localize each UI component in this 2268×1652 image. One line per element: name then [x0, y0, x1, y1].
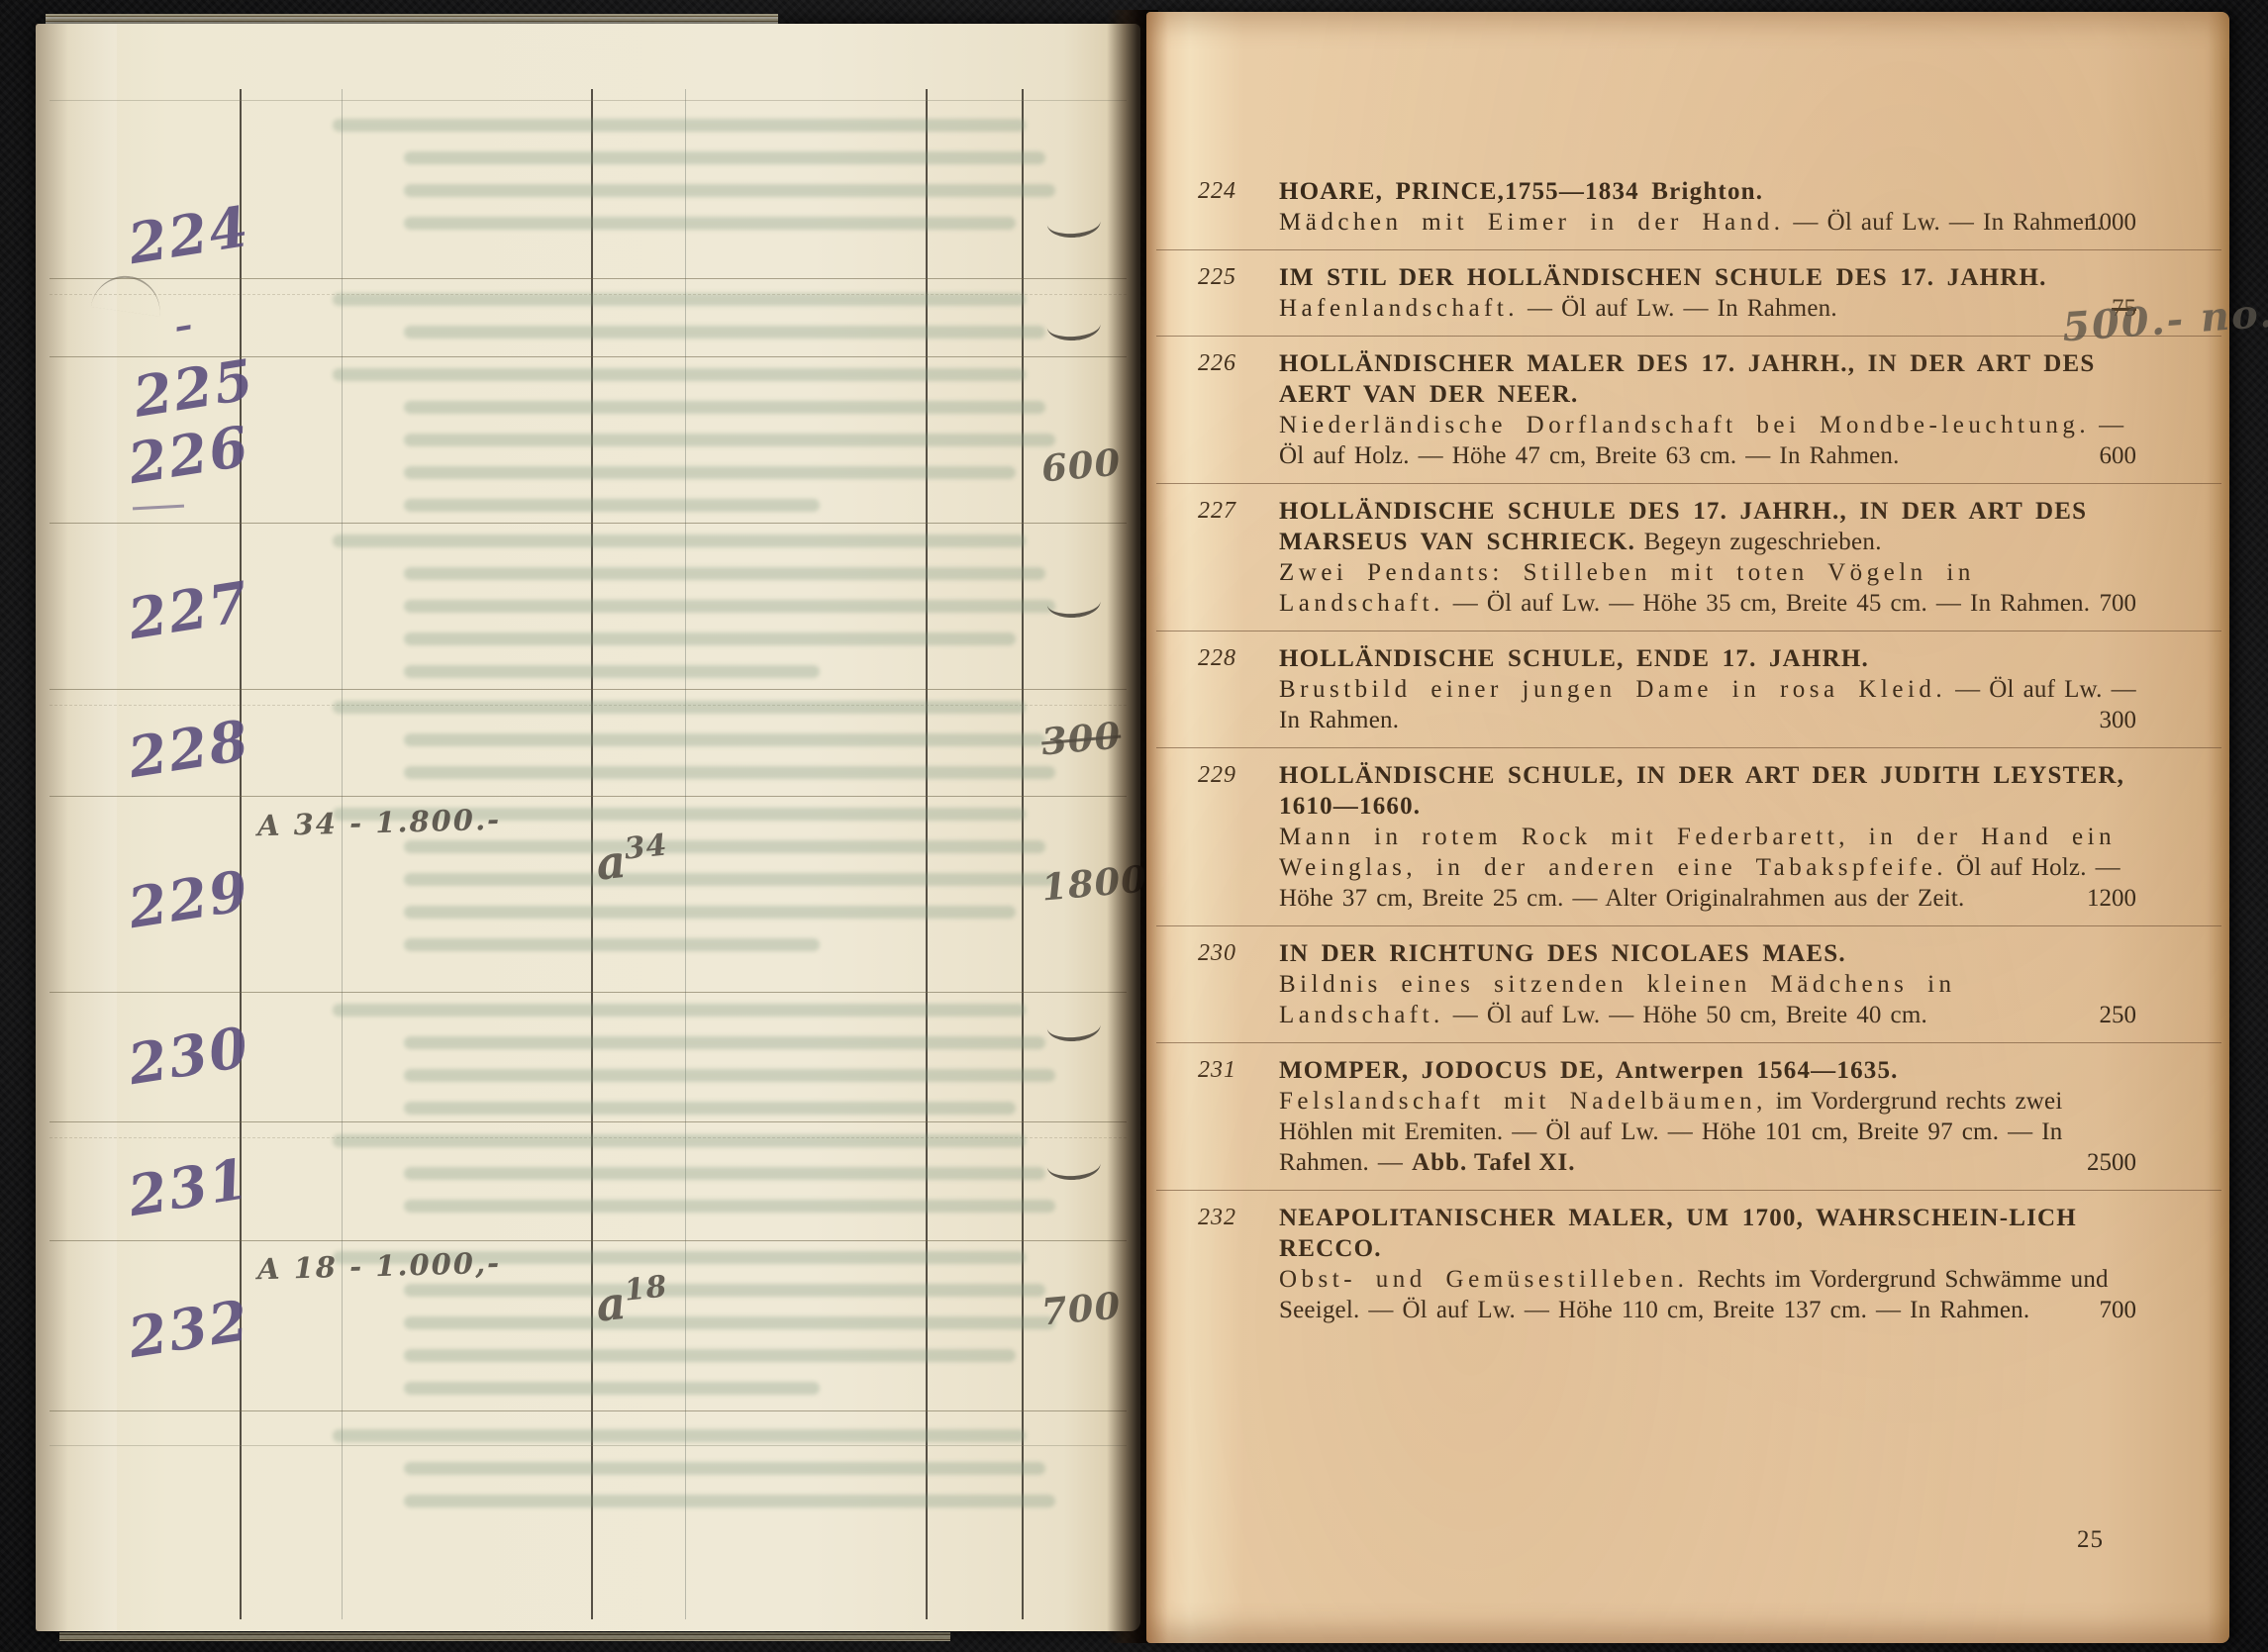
ledger-row-rule [49, 689, 1127, 690]
show-through-line [404, 401, 1045, 414]
show-through-line [404, 217, 1016, 230]
catalogue-lot: 231MOMPER, JODOCUS DE, Antwerpen 1564—16… [1146, 1055, 2229, 1178]
show-through-line [333, 119, 1026, 132]
handwritten-lot-number: 229 [111, 856, 267, 944]
price-dash-mark [1046, 1020, 1101, 1043]
lot-description: Mann in rotem Rock mit Federbarett, in d… [1279, 822, 2136, 914]
lot-heading: HOLLÄNDISCHE SCHULE DES 17. JAHRH., IN D… [1279, 496, 2136, 557]
lot-number: 225 [1198, 262, 1267, 293]
show-through-line [333, 701, 1026, 714]
show-through-line [404, 1036, 1045, 1049]
estimate-price: 300 [2100, 705, 2137, 735]
ledger-row-rule [49, 1121, 1127, 1122]
lot-description: Brustbild einer jungen Dame in rosa Klei… [1279, 674, 2136, 735]
show-through-line [404, 1284, 1045, 1297]
catalogue-lot: 226HOLLÄNDISCHER MALER DES 17. JAHRH., I… [1146, 348, 2229, 471]
lot-heading: HOLLÄNDISCHE SCHULE, ENDE 17. JAHRH. [1279, 643, 2136, 674]
show-through-line [404, 184, 1055, 197]
show-through-line [404, 840, 1045, 853]
handwritten-lot-number: 224 [111, 192, 267, 280]
lot-separator-rule [1156, 336, 2221, 337]
ledger-row-rule [49, 796, 1127, 797]
lot-description: Niederländische Dorflandschaft bei Mondb… [1279, 410, 2136, 471]
lot-description: Zwei Pendants: Stilleben mit toten Vögel… [1279, 557, 2136, 619]
lot-number: 232 [1198, 1203, 1267, 1233]
pencil-underline [133, 505, 184, 511]
show-through-line [404, 499, 820, 512]
ledger-row-rule [49, 278, 1127, 279]
show-through-line [404, 1316, 1055, 1329]
lot-number: 228 [1198, 643, 1267, 674]
catalogue-lot: 232NEAPOLITANISCHER MALER, UM 1700, WAHR… [1146, 1203, 2229, 1325]
lot-heading: IM STIL DER HOLLÄNDISCHEN SCHULE DES 17.… [1279, 262, 2136, 293]
show-through-line [404, 1102, 1016, 1115]
show-through-line [404, 733, 1045, 746]
lot-description: Obst- und Gemüsestilleben. Rechts im Vor… [1279, 1264, 2136, 1325]
lot-heading: NEAPOLITANISCHER MALER, UM 1700, WAHRSCH… [1279, 1203, 2136, 1264]
lot-separator-rule [1156, 631, 2221, 632]
estimate-price: 600 [2100, 440, 2137, 471]
show-through-line [404, 434, 1055, 446]
pencil-annotation-code: a34 [593, 827, 671, 890]
show-through-line [404, 466, 1016, 479]
lot-heading: HOLLÄNDISCHER MALER DES 17. JAHRH., IN D… [1279, 348, 2136, 410]
estimate-price: 700 [2100, 1295, 2137, 1325]
catalogue-lot: 227HOLLÄNDISCHE SCHULE DES 17. JAHRH., I… [1146, 496, 2229, 619]
show-through-line [404, 326, 1045, 339]
show-through-line [404, 567, 1045, 580]
catalogue-lot: 228HOLLÄNDISCHE SCHULE, ENDE 17. JAHRH.B… [1146, 643, 2229, 735]
ledger-row-rule [49, 992, 1127, 993]
catalogue-lot: 225IM STIL DER HOLLÄNDISCHEN SCHULE DES … [1146, 262, 2229, 324]
estimate-price: 2500 [2087, 1147, 2136, 1178]
estimate-price: 1200 [2087, 883, 2136, 914]
handwritten-lot-number: 228 [111, 706, 267, 794]
show-through-line [404, 1069, 1055, 1082]
price-dash-mark [1046, 216, 1101, 240]
handwritten-lot-number: 231 [111, 1144, 267, 1232]
ledger-vertical-rule-faint [342, 89, 343, 1619]
lot-description: Bildnis eines sitzenden kleinen Mädchens… [1279, 969, 2136, 1030]
show-through-line [404, 906, 1016, 919]
catalogue-lot: 230IN DER RICHTUNG DES NICOLAES MAES.Bil… [1146, 938, 2229, 1030]
show-through-line [404, 600, 1055, 613]
handwritten-lot-number: 232 [111, 1286, 267, 1374]
plate-reference: Abb. Tafel XI. [1412, 1149, 1575, 1176]
estimate-price: 250 [2100, 1000, 2137, 1030]
lot-attribution: Begeyn zugeschrieben. [1635, 529, 1882, 555]
ledger-row-rule-faint [49, 100, 1127, 101]
ledger-row-rule [49, 1240, 1127, 1241]
price-dash-mark [1046, 596, 1101, 620]
show-through-line [404, 938, 820, 951]
lot-number: 224 [1198, 176, 1267, 207]
handwritten-price-correction: 500.- no. [2061, 298, 2268, 343]
lot-heading: IN DER RICHTUNG DES NICOLAES MAES. [1279, 938, 2136, 969]
handwritten-lot-number: - 225 [106, 280, 273, 433]
show-through-line [404, 1167, 1045, 1180]
show-through-line [404, 1462, 1045, 1475]
lot-separator-rule [1156, 483, 2221, 484]
lot-description: Hafenlandschaft. — Öl auf Lw. — In Rahme… [1279, 293, 2136, 324]
catalogue-lot: 224HOARE, PRINCE,1755—1834 Brighton.Mädc… [1146, 176, 2229, 238]
pencil-annotation-code: a18 [593, 1269, 671, 1331]
lot-number: 227 [1198, 496, 1267, 527]
catalogue-lot: 229HOLLÄNDISCHE SCHULE, IN DER ART DER J… [1146, 760, 2229, 914]
lot-number: 230 [1198, 938, 1267, 969]
pencil-annotation: A 34 - 1.800.- [257, 803, 502, 842]
show-through-line [333, 293, 1026, 306]
show-through-line [404, 766, 1055, 779]
show-through-line [404, 665, 820, 678]
show-through-line [404, 151, 1045, 164]
show-through-line [404, 873, 1055, 886]
price-dash-mark [1046, 319, 1101, 342]
page-number: 25 [2077, 1526, 2104, 1554]
lot-number: 226 [1198, 348, 1267, 379]
lot-heading: MOMPER, JODOCUS DE, Antwerpen 1564—1635. [1279, 1055, 2136, 1086]
estimate-price: 700 [2100, 588, 2137, 619]
page-stack-bottom-edge [59, 1632, 950, 1641]
show-through-line [333, 368, 1026, 381]
lot-heading: HOLLÄNDISCHE SCHULE, IN DER ART DER JUDI… [1279, 760, 2136, 822]
price-dash-mark [1046, 1158, 1101, 1182]
lot-list: 224HOARE, PRINCE,1755—1834 Brighton.Mädc… [1146, 176, 2229, 1325]
lot-separator-rule [1156, 747, 2221, 748]
ledger-page: 224- 2252266002272283002291800A 34 - 1.8… [36, 24, 1140, 1631]
show-through-line [404, 1495, 1055, 1507]
handwritten-lot-number: 230 [111, 1013, 267, 1101]
show-through-line [404, 632, 1016, 645]
show-through-line [333, 1004, 1026, 1017]
show-through-line [404, 1349, 1016, 1362]
ledger-row-rule [49, 1410, 1127, 1411]
ledger-vertical-rule [1022, 89, 1024, 1619]
ledger-row-rule [49, 523, 1127, 524]
lot-heading: HOARE, PRINCE,1755—1834 Brighton. [1279, 176, 2136, 207]
lot-separator-rule [1156, 1190, 2221, 1191]
show-through-line [333, 1134, 1026, 1147]
show-through-line [404, 1200, 1055, 1213]
estimate-price: 1000 [2087, 207, 2136, 238]
lot-separator-rule [1156, 1042, 2221, 1043]
show-through-line [333, 534, 1026, 547]
catalogue-page: 224HOARE, PRINCE,1755—1834 Brighton.Mädc… [1146, 12, 2229, 1643]
lot-description: Felslandschaft mit Nadelbäumen, im Vorde… [1279, 1086, 2136, 1178]
lot-number: 231 [1198, 1055, 1267, 1086]
ledger-vertical-rule [926, 89, 928, 1619]
lot-description: Mädchen mit Eimer in der Hand. — Öl auf … [1279, 207, 2136, 238]
lot-number: 229 [1198, 760, 1267, 791]
show-through-line [404, 1382, 820, 1395]
page-deckle-edge [36, 24, 117, 1631]
pencil-annotation: A 18 - 1.000,- [257, 1246, 502, 1286]
handwritten-lot-number: 227 [111, 567, 267, 655]
show-through-line [333, 1429, 1026, 1442]
lot-separator-rule [1156, 249, 2221, 250]
page-stack-top-edge [46, 14, 778, 24]
lot-separator-rule [1156, 925, 2221, 926]
book-scan: 224- 2252266002272283002291800A 34 - 1.8… [0, 0, 2268, 1652]
ledger-row-rule-faint [49, 1445, 1127, 1446]
